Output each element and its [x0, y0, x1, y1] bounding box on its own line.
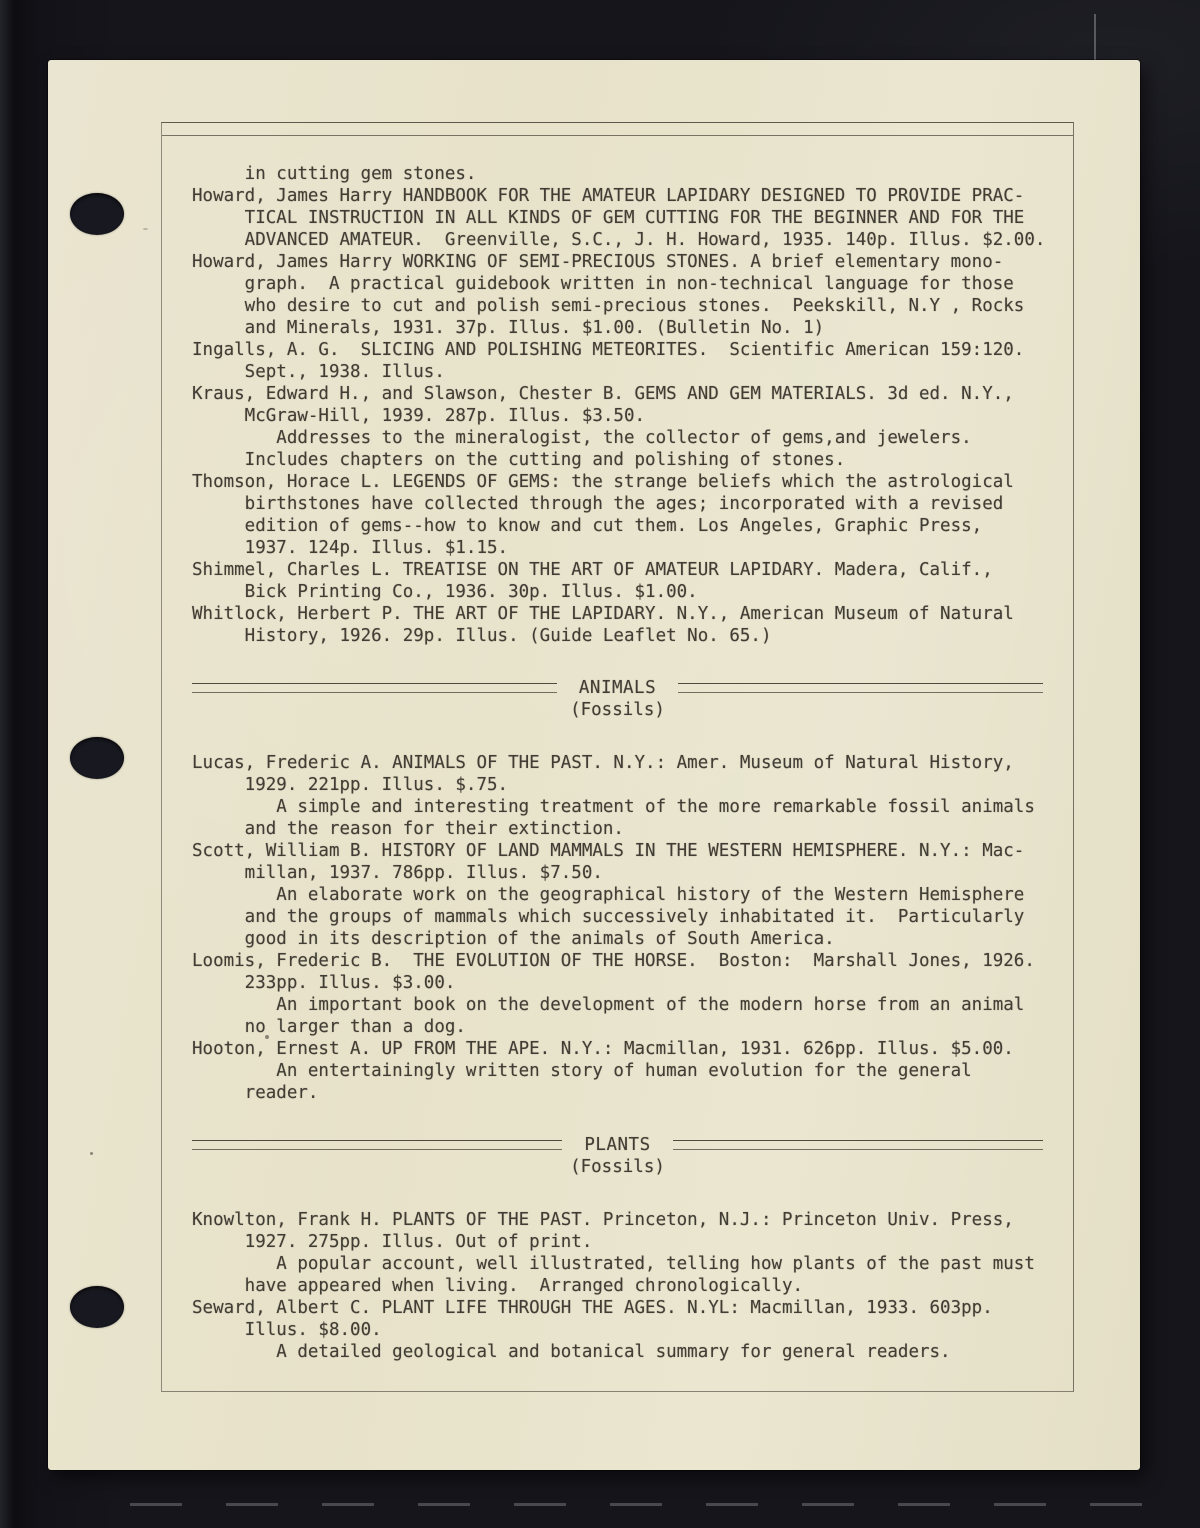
bibliography-line: An important book on the development of … — [192, 994, 1073, 1016]
section-divider: ANIMALS — [192, 677, 1043, 699]
bibliography-line: 1929. 221pp. Illus. $.75. — [192, 774, 1073, 796]
paper-speck — [90, 1152, 93, 1155]
bibliography-line: Seward, Albert C. PLANT LIFE THROUGH THE… — [192, 1297, 1073, 1319]
bibliography-line: McGraw-Hill, 1939. 287p. Illus. $3.50. — [192, 405, 1073, 427]
divider-rule-left — [192, 683, 557, 693]
scratch-mark — [1094, 14, 1096, 62]
punch-hole-bottom — [70, 1286, 124, 1328]
bibliography-line: Scott, William B. HISTORY OF LAND MAMMAL… — [192, 840, 1073, 862]
section-subtitle: (Fossils) — [192, 699, 1043, 721]
bibliography-line: no larger than a dog. — [192, 1016, 1073, 1038]
bibliography-line: Sept., 1938. Illus. — [192, 361, 1073, 383]
bibliography-line: good in its description of the animals o… — [192, 928, 1073, 950]
section-title: PLANTS — [562, 1134, 672, 1156]
bibliography-line: Lucas, Frederic A. ANIMALS OF THE PAST. … — [192, 752, 1073, 774]
section-divider: PLANTS — [192, 1134, 1043, 1156]
bibliography-line: Shimmel, Charles L. TREATISE ON THE ART … — [192, 559, 1073, 581]
bibliography-line: Kraus, Edward H., and Slawson, Chester B… — [192, 383, 1073, 405]
bibliography-line: Howard, James Harry HANDBOOK FOR THE AMA… — [192, 185, 1073, 207]
typed-border-box: in cutting gem stones.Howard, James Harr… — [161, 122, 1074, 1392]
bibliography-line: and the reason for their extinction. — [192, 818, 1073, 840]
bibliography-line: 1927. 275pp. Illus. Out of print. — [192, 1231, 1073, 1253]
bibliography-line: An entertainingly written story of human… — [192, 1060, 1073, 1082]
bibliography-line: Knowlton, Frank H. PLANTS OF THE PAST. P… — [192, 1209, 1073, 1231]
bibliography-line: A simple and interesting treatment of th… — [192, 796, 1073, 818]
bibliography-line: edition of gems--how to know and cut the… — [192, 515, 1073, 537]
bibliography-line: Loomis, Frederic B. THE EVOLUTION OF THE… — [192, 950, 1073, 972]
bibliography-line: who desire to cut and polish semi-precio… — [192, 295, 1073, 317]
section-title: ANIMALS — [557, 677, 678, 699]
bibliography-line: Thomson, Horace L. LEGENDS OF GEMS: the … — [192, 471, 1073, 493]
bibliography-line: reader. — [192, 1082, 1073, 1104]
bibliography-line: TICAL INSTRUCTION IN ALL KINDS OF GEM CU… — [192, 207, 1073, 229]
bibliography-line: Howard, James Harry WORKING OF SEMI-PREC… — [192, 251, 1073, 273]
bibliography-line: birthstones have collected through the a… — [192, 493, 1073, 515]
bibliography-line: Illus. $8.00. — [192, 1319, 1073, 1341]
bibliography-line: graph. A practical guidebook written in … — [192, 273, 1073, 295]
bibliography-line: A detailed geological and botanical summ… — [192, 1341, 1073, 1363]
punch-hole-top — [70, 193, 124, 235]
bibliography-line: An elaborate work on the geographical hi… — [192, 884, 1073, 906]
bibliography-line: millan, 1937. 786pp. Illus. $7.50. — [192, 862, 1073, 884]
divider-rule-right — [678, 683, 1043, 693]
bibliography-line: have appeared when living. Arranged chro… — [192, 1275, 1073, 1297]
paper-speck — [143, 228, 148, 230]
bibliography-line: ADVANCED AMATEUR. Greenville, S.C., J. H… — [192, 229, 1073, 251]
binding-stitches — [130, 1503, 1170, 1506]
bibliography-line: 233pp. Illus. $3.00. — [192, 972, 1073, 994]
section-subtitle: (Fossils) — [192, 1156, 1043, 1178]
bibliography-line: 1937. 124p. Illus. $1.15. — [192, 537, 1073, 559]
divider-rule-left — [192, 1140, 562, 1150]
punch-hole-middle — [70, 737, 124, 779]
bibliography-line: Hooton, Ernest A. UP FROM THE APE. N.Y.:… — [192, 1038, 1073, 1060]
bibliography-line: and Minerals, 1931. 37p. Illus. $1.00. (… — [192, 317, 1073, 339]
bibliography-line: History, 1926. 29p. Illus. (Guide Leafle… — [192, 625, 1073, 647]
bibliography-line: Bick Printing Co., 1936. 30p. Illus. $1.… — [192, 581, 1073, 603]
bibliography-line: Includes chapters on the cutting and pol… — [192, 449, 1073, 471]
paper-page: in cutting gem stones.Howard, James Harr… — [48, 60, 1140, 1470]
bibliography-line: Addresses to the mineralogist, the colle… — [192, 427, 1073, 449]
bibliography: in cutting gem stones.Howard, James Harr… — [162, 123, 1073, 1391]
bibliography-line: Ingalls, A. G. SLICING AND POLISHING MET… — [192, 339, 1073, 361]
bibliography-line: and the groups of mammals which successi… — [192, 906, 1073, 928]
bibliography-line: A popular account, well illustrated, tel… — [192, 1253, 1073, 1275]
divider-rule-right — [673, 1140, 1043, 1150]
bibliography-line: in cutting gem stones. — [192, 163, 1073, 185]
bibliography-line: Whitlock, Herbert P. THE ART OF THE LAPI… — [192, 603, 1073, 625]
